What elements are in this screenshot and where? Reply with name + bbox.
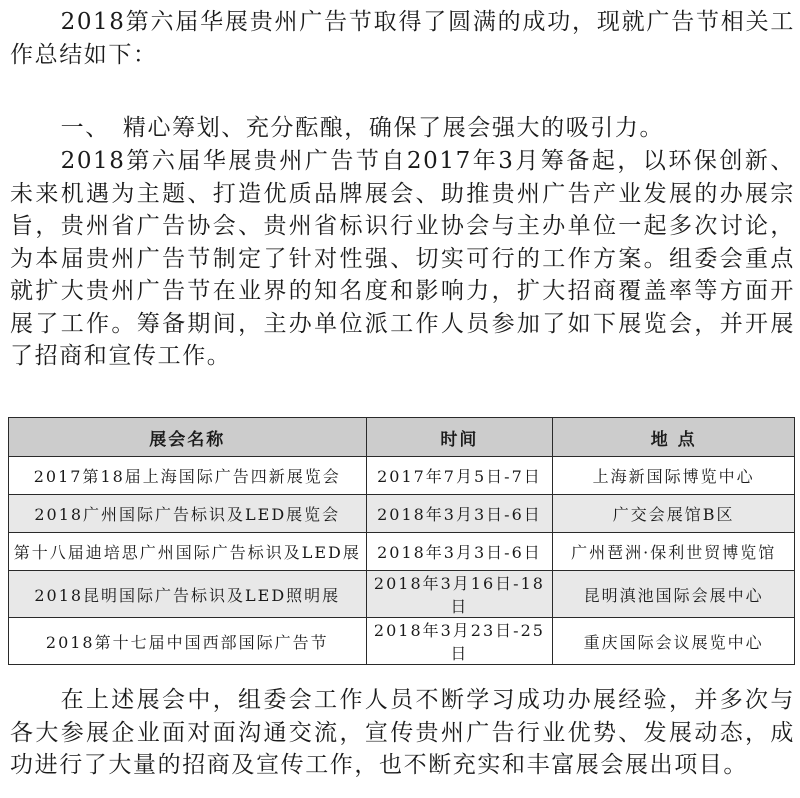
table-header-row: 展会名称 时间 地 点 [9, 418, 795, 457]
table-row: 2018广州国际广告标识及LED展览会 2018年3月3日-6日 广交会展馆B区 [9, 495, 795, 533]
cell-time: 2018年3月3日-6日 [366, 495, 553, 533]
section-heading: 一、 精心筹划、充分酝酿，确保了展会强大的吸引力。 [10, 112, 795, 145]
header-exhibition-name: 展会名称 [9, 418, 367, 457]
cell-location: 广交会展馆B区 [553, 495, 795, 533]
table-row: 2017第18届上海国际广告四新展览会 2017年7月5日-7日 上海新国际博览… [9, 457, 795, 495]
table-row: 2018昆明国际广告标识及LED照明展 2018年3月16日-18日 昆明滇池国… [9, 571, 795, 618]
header-location: 地 点 [553, 418, 795, 457]
cell-time: 2018年3月16日-18日 [366, 571, 553, 618]
intro-paragraph: 2018第六届华展贵州广告节取得了圆满的成功，现就广告节相关工作总结如下： [10, 6, 795, 71]
cell-exhibition-name: 2018第十七届中国西部国际广告节 [9, 618, 367, 665]
closing-paragraph: 在上述展会中，组委会工作人员不断学习成功办展经验，并多次与各大参展企业面对面沟通… [10, 684, 795, 782]
cell-location: 昆明滇池国际会展中心 [553, 571, 795, 618]
cell-location: 重庆国际会议展览中心 [553, 618, 795, 665]
cell-time: 2018年3月23日-25日 [366, 618, 553, 665]
cell-location: 上海新国际博览中心 [553, 457, 795, 495]
cell-exhibition-name: 2018昆明国际广告标识及LED照明展 [9, 571, 367, 618]
header-time: 时间 [366, 418, 553, 457]
cell-exhibition-name: 2018广州国际广告标识及LED展览会 [9, 495, 367, 533]
cell-location: 广州琶洲·保利世贸博览馆 [553, 533, 795, 571]
table-row: 2018第十七届中国西部国际广告节 2018年3月23日-25日 重庆国际会议展… [9, 618, 795, 665]
exhibition-table: 展会名称 时间 地 点 2017第18届上海国际广告四新展览会 2017年7月5… [8, 417, 795, 665]
cell-time: 2018年3月3日-6日 [366, 533, 553, 571]
table-row: 第十八届迪培思广州国际广告标识及LED展 2018年3月3日-6日 广州琶洲·保… [9, 533, 795, 571]
cell-exhibition-name: 2017第18届上海国际广告四新展览会 [9, 457, 367, 495]
section-body-paragraph: 2018第六届华展贵州广告节自2017年3月筹备起，以环保创新、未来机遇为主题、… [10, 145, 795, 373]
cell-time: 2017年7月5日-7日 [366, 457, 553, 495]
cell-exhibition-name: 第十八届迪培思广州国际广告标识及LED展 [9, 533, 367, 571]
